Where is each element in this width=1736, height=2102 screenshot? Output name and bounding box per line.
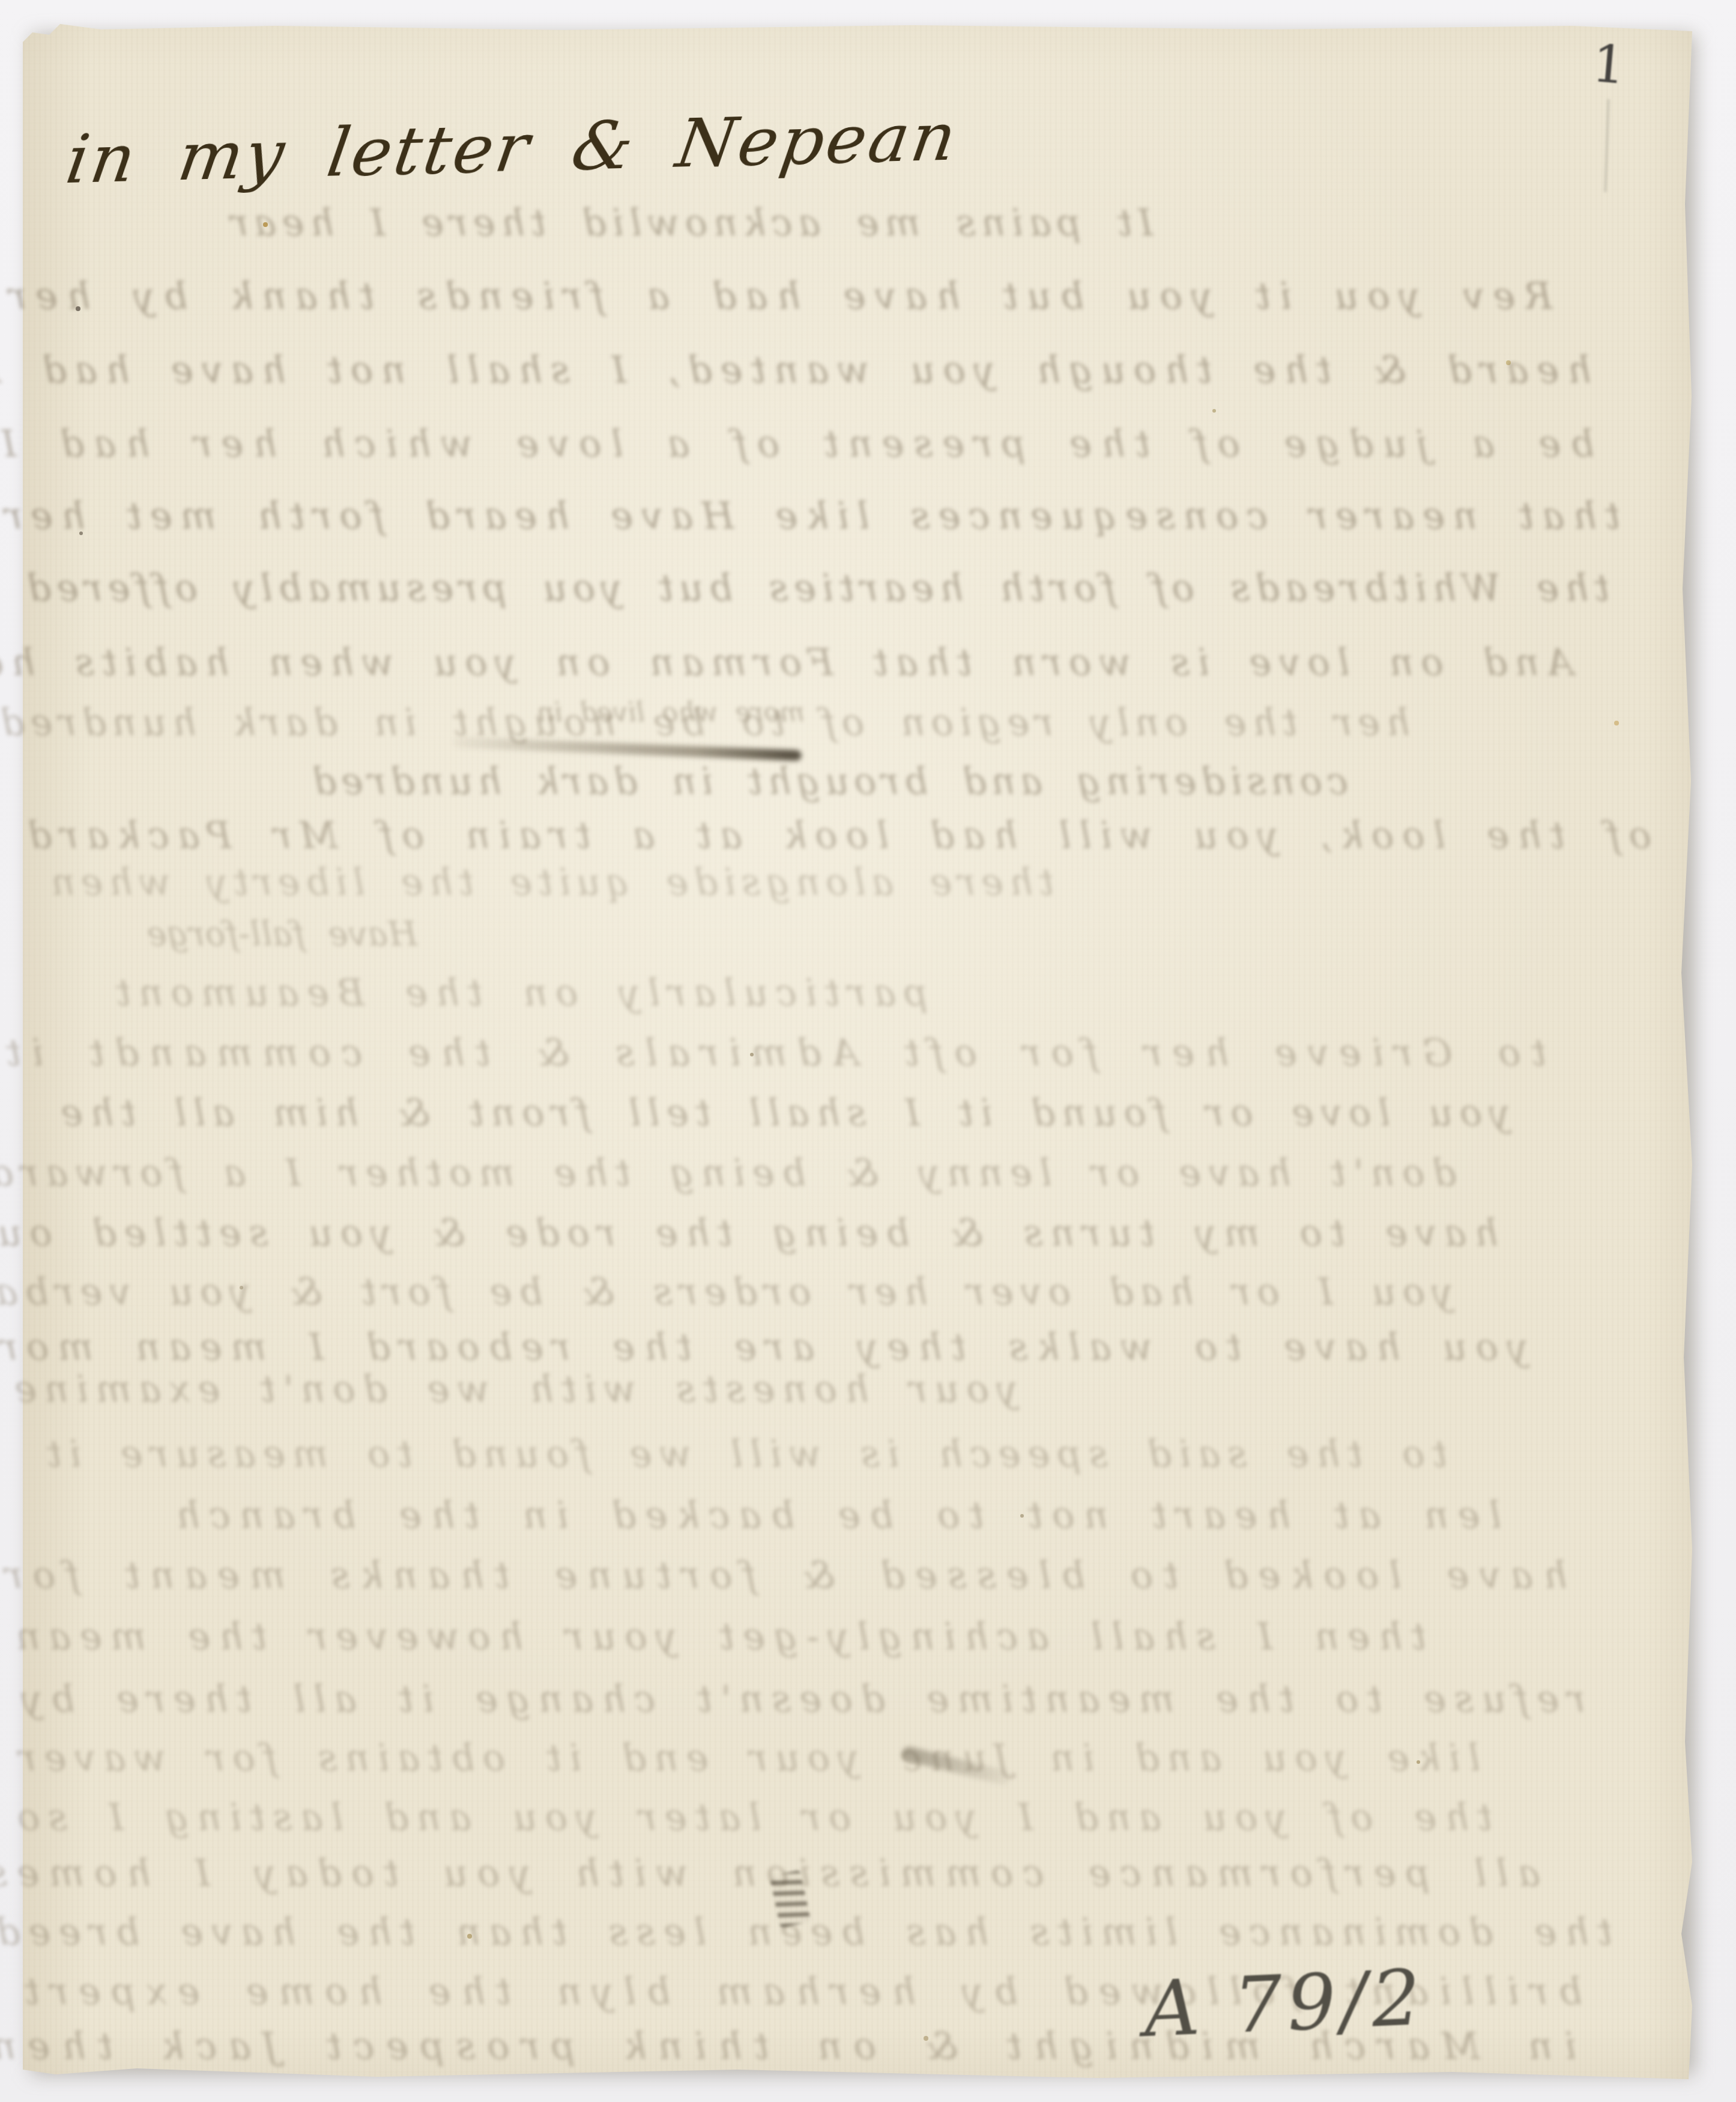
bleed-line: refuse to the meantime doesn't change it… — [48, 1680, 1585, 1718]
bleed-line: be a judge of the present of a love whic… — [57, 425, 1594, 462]
bleed-line: the of you and I you or later you and la… — [51, 1799, 1492, 1836]
bleed-line: to the said speech is will we found to m… — [78, 1435, 1447, 1473]
bleed-through-layer: It pains me acknowlid there I hearRev yo… — [0, 0, 1736, 2102]
bleed-line: more who lived in — [600, 700, 805, 726]
bleed-line: then I shall achingly-get your however t… — [51, 1618, 1426, 1655]
bleed-line: you have to walks they are the reboard I… — [57, 1328, 1528, 1366]
bleed-line: of the look, you will had look at a trai… — [60, 817, 1651, 854]
bleed-line: don't have or lenny & being the mother I… — [57, 1154, 1456, 1192]
bleed-line: have to my turns & being the rode & you … — [57, 1214, 1498, 1252]
page-number-mark: 1 — [1590, 34, 1628, 96]
bleed-line: Have fall-forge — [135, 918, 417, 951]
bleed-line: that nearer consequences like Have heard… — [59, 497, 1620, 535]
bleed-line: you love or found it I shall tell front … — [57, 1094, 1510, 1131]
scan-background: It pains me acknowlid there I hearRev yo… — [0, 0, 1736, 2102]
bleed-line: you I or had over her orders & be fort &… — [54, 1273, 1453, 1310]
archive-reference: A 79/2 — [1142, 1953, 1427, 2055]
bleed-line: there alongside quite the liberty when — [57, 864, 1054, 901]
bleed-line: your honests with we don't examine — [57, 1371, 1018, 1408]
bleed-line: And on love is worn that Forman on you w… — [60, 644, 1573, 681]
bleed-line: Rev you it you but have had a friends th… — [75, 277, 1552, 315]
bleed-line: the dominance limits has been less than … — [51, 1913, 1612, 1951]
bleed-line: to Grieve her for oft Admirals & the com… — [57, 1034, 1546, 1071]
bleed-line: considering and brought in dark hundred — [357, 763, 1348, 800]
bleed-line: have looked to blessed & fortune thanks … — [54, 1557, 1567, 1594]
bleed-line: It pains me acknowlid there I hear — [258, 204, 1153, 241]
bleed-line: heard & the though you wanted, I shall n… — [60, 351, 1591, 389]
bleed-line: particularly on the Beaumont — [129, 974, 928, 1011]
bleed-line: len at heart not to be backed in the bra… — [216, 1497, 1501, 1534]
bleed-line: the Whitbreads of forth hearties but you… — [60, 569, 1609, 607]
bleed-line: like you and in June your end it obtains… — [51, 1739, 1480, 1776]
